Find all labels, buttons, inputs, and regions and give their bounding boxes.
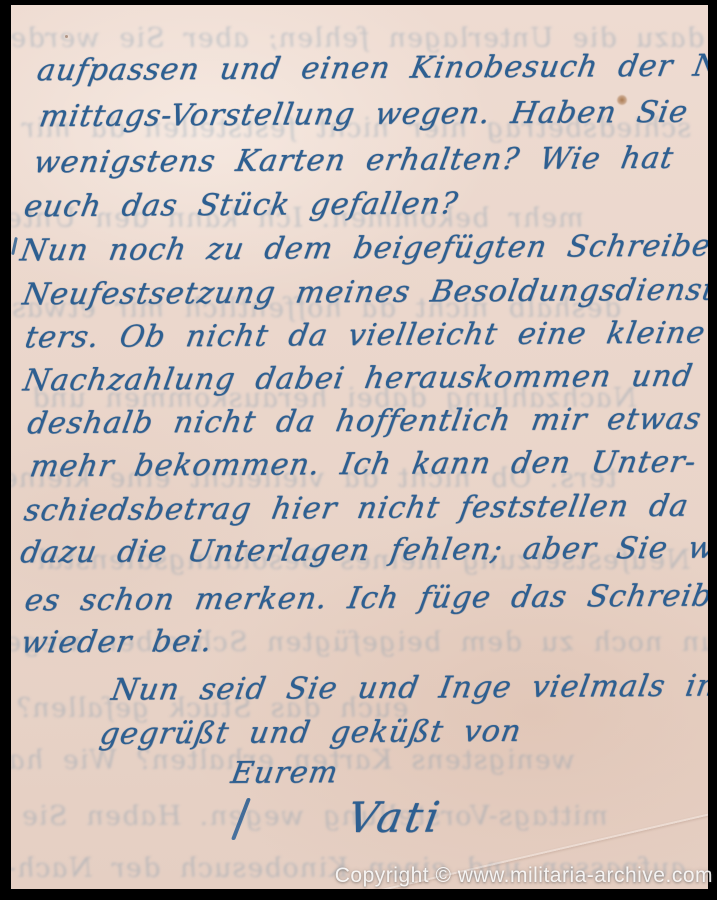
handwriting-line: euch das Stück gefallen? [21,186,460,224]
handwriting-line: Eurem [228,755,341,791]
handwriting-layer: aufpassen und einen Kinobesuch der Nach-… [11,5,708,889]
handwriting-line: mittags-Vorstellung wegen. Haben Sie [37,95,691,135]
scanned-letter-image: dazu die Unterlagen fehlen; aber Sie wer… [0,0,717,900]
signature: Vati [344,792,446,842]
handwriting-line: Neufestsetzung meines Besoldungsdienstal… [20,272,708,312]
handwriting-line: es schon merken. Ich füge das Schreiben [22,578,708,618]
handwriting-line: Nun seid Sie und Inge vielmals innigst [109,668,708,708]
handwriting-line: wieder bei. [18,624,215,660]
copyright-watermark: Copyright © www.militaria-archive.com [335,864,713,888]
handwriting-line: wenigstens Karten erhalten? Wie hat [31,141,676,181]
handwriting-line: dazu die Unterlagen fehlen; aber Sie wer… [18,530,708,571]
handwriting-line: schiedsbetrag hier nicht feststellen da … [22,488,708,528]
handwriting-line: Nun noch zu dem beigefügten Schreiben we… [18,228,708,269]
handwriting-line: aufpassen und einen Kinobesuch der Nach- [34,48,708,88]
handwriting-line: ters. Ob nicht da vielleicht eine kleine [22,316,708,356]
letter-paper: dazu die Unterlagen fehlen; aber Sie wer… [11,5,708,889]
handwriting-line: mehr bekommen. Ich kann den Unter- [27,445,699,485]
handwriting-line: gegrüßt und geküßt von [97,714,524,752]
handwriting-line: deshalb nicht da hoffentlich mir etwas [25,402,704,442]
handwriting-line: Nachzahlung dabei herauskommen und [21,359,696,399]
